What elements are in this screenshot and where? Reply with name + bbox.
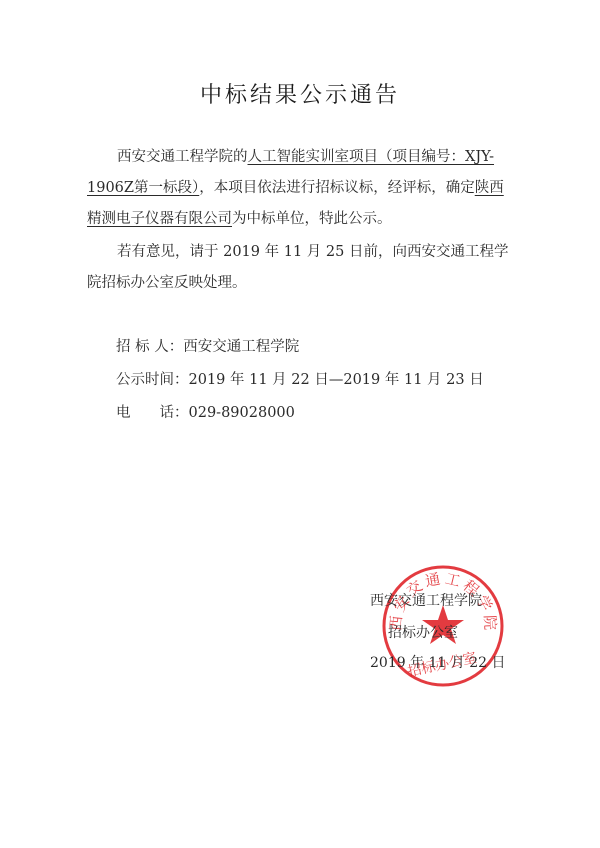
text-suffix: 为中标单位，特此公示。 (232, 211, 392, 227)
period-row: 公示时间：2019 年 11 月 22 日—2019 年 11 月 23 日 (116, 365, 484, 396)
objection-text: 若有意见，请于 2019 年 11 月 25 日前，向西安交通工程学院招标办公室… (87, 244, 508, 291)
phone-value: 029-89028000 (189, 405, 295, 421)
paragraph-objection: 若有意见，请于 2019 年 11 月 25 日前，向西安交通工程学院招标办公室… (87, 237, 517, 299)
phone-row: 电 话：029-89028000 (116, 398, 295, 429)
signature-date: 2019 年 11 月 22 日 (370, 652, 506, 672)
document-title: 中标结果公示通告 (0, 78, 600, 109)
period-value: 2019 年 11 月 22 日—2019 年 11 月 23 日 (189, 372, 484, 388)
signature-office: 招标办公室 (388, 622, 458, 642)
period-label: 公示时间： (116, 372, 189, 388)
text-middle: ，本项目依法进行招标议标，经评标，确定 (199, 180, 475, 196)
phone-label: 电 话： (116, 405, 189, 421)
tenderer-label: 招 标 人： (116, 339, 183, 355)
tenderer-row: 招 标 人：西安交通工程学院 (116, 332, 299, 363)
signature-org: 西安交通工程学院 (370, 590, 482, 610)
paragraph-announcement: 西安交通工程学院的人工智能实训室项目（项目编号：XJY-1906Z第一标段），本… (87, 142, 517, 235)
text-prefix: 西安交通工程学院的 (117, 149, 248, 165)
tenderer-value: 西安交通工程学院 (183, 339, 299, 355)
